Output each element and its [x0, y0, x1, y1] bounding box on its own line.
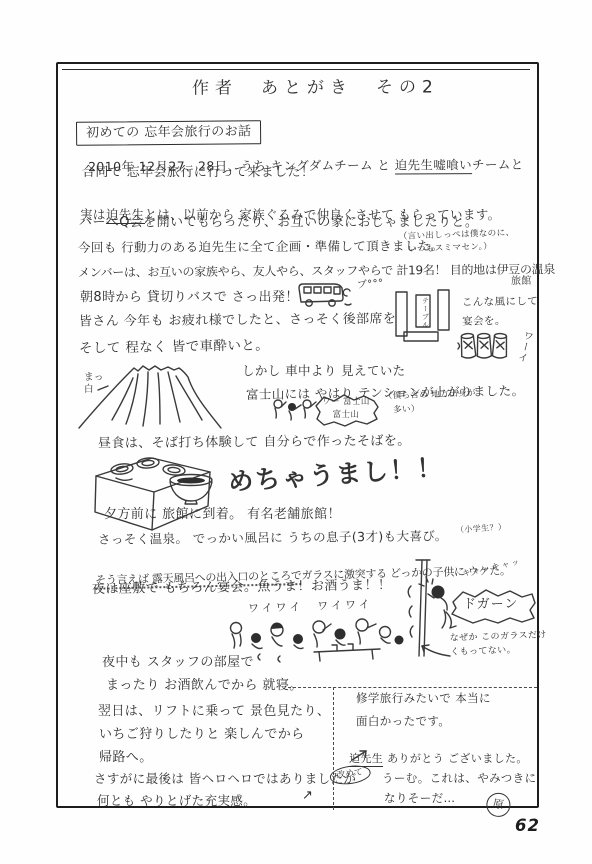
aratamete-note: 改めて [327, 752, 371, 786]
intro-box: 初めての 忘年会旅行のお話 [76, 105, 262, 142]
story-line-konkai: 今回も 行動力のある迫先生に全て企画・準備して頂きました。 [78, 238, 444, 257]
bus-exhaust-sfx: ブ°°° [356, 277, 384, 293]
story-line-bbq: バーベQ会を開いてもらったり、お互いの家におじゃましたりと。 [79, 214, 478, 232]
fuji-line1: しかし 車中より 見えていた [242, 363, 406, 380]
night-line3: 翌日は、リフトに乗って 景色見たり、 [98, 703, 330, 721]
night-line5: 帰路へ。 [99, 749, 153, 767]
closing-line3-rest: ありがとう ございました。 [383, 752, 528, 765]
closing-line1: 修学旅行みたいで 本当に [356, 691, 491, 707]
story-date-underlined: 迫先生嘘喰い [395, 157, 472, 174]
page-title: 作者 あとがき その2 [192, 76, 439, 100]
fuji-bubble-text: ワー 富士山 富士山 [316, 396, 376, 422]
afterword-page: 作者 あとがき その2 初めての 忘年会旅行のお話 2010年 12月27、28… [0, 0, 592, 864]
story-date-post: チームと [472, 157, 524, 172]
fuji-label: まっ 白 [84, 372, 104, 397]
cheering-people-sketch [270, 394, 318, 424]
night-line6: さすがに最後は 皆ヘロヘロではありましたが [94, 771, 356, 788]
glass-note: なぜか このガラスだけ くもってない。 [450, 629, 548, 659]
dogan-sfx: ドガーン [463, 596, 518, 614]
signature-kanji: 原 [485, 791, 513, 819]
page-number: 62 [515, 815, 540, 837]
table-label: テーブル [420, 297, 429, 329]
story-line-soshite: そして 程なく 皆で車酔いと。 [79, 336, 269, 358]
closing-line5: なりそーだ… [384, 791, 455, 807]
night-line2: まったり お酒飲んでから 就寝。 [106, 677, 303, 695]
fuji-note: （僕ら含め 地方出身が 多い） [384, 387, 477, 417]
night-line1: 夜中も スタッフの部屋で [102, 654, 254, 672]
frame-double-top-line [62, 69, 530, 70]
closing-line3: 迫先生 ありがとう ございました。 [349, 737, 528, 767]
closing-box-top-dash [288, 687, 537, 688]
beer-cans-sketch [458, 331, 510, 361]
ryokan-line-tohchaku: 夕方前に 旅館に到着。 有名老舗旅館！ [104, 506, 341, 524]
soba-cup-sketch [168, 473, 216, 505]
note-iidashi: （言い出しっぺは僕なのに、 いつもスミマセン。） [399, 227, 516, 257]
story-line-member-wrap: 旅館 [511, 275, 532, 289]
bus-sketch [296, 276, 354, 312]
night-line4: いちご狩りしたりと 楽しんでから [99, 726, 305, 744]
night-line7: 何とも やりとげた充実感。 [97, 793, 256, 810]
story-line-asa: 朝8時から 貸切りバスで さっ出発！ [80, 289, 299, 307]
up-right-arrow: ↗ [302, 787, 313, 805]
closing-box-left-dash [333, 687, 334, 810]
story-line-minasan: 皆さん 今年も お疲れ様でしたと、さっそく後部席を [79, 311, 396, 331]
seating-caption: こんな風にして 宴会を。 [462, 292, 539, 331]
closing-line2: 面白かったです。 [356, 714, 450, 730]
story-line-godo: 合同で 忘年会旅行に行って来ました！ [82, 164, 314, 182]
